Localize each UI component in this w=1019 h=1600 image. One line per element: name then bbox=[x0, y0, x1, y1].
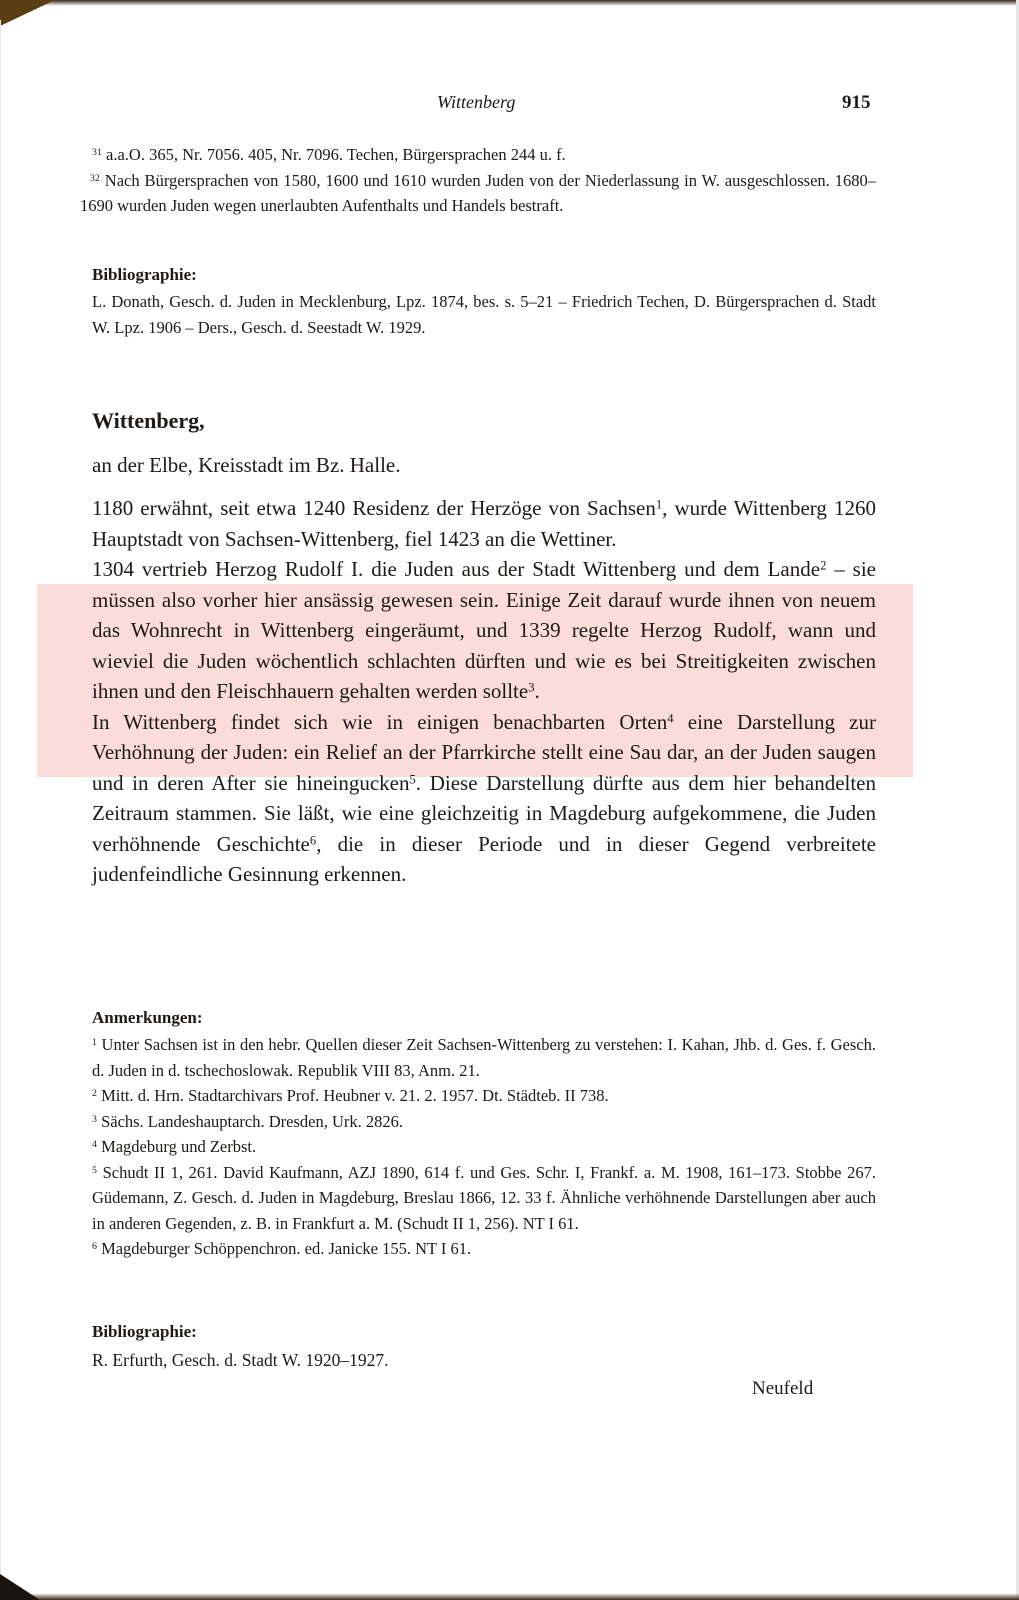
page-number: 915 bbox=[842, 92, 871, 114]
note-text: Schudt II 1, 261. David Kaufmann, AZJ 18… bbox=[92, 1163, 876, 1233]
running-head: Wittenberg 915 bbox=[0, 92, 1019, 118]
note-text: Unter Sachsen ist in den hebr. Quellen d… bbox=[92, 1035, 876, 1080]
running-title: Wittenberg bbox=[437, 92, 515, 113]
article-bibliography: Bibliographie: R. Erfurth, Gesch. d. Sta… bbox=[92, 1322, 876, 1374]
note-5: 5 Schudt II 1, 261. David Kaufmann, AZJ … bbox=[92, 1160, 876, 1237]
note-number: 2 bbox=[92, 1088, 97, 1099]
article-notes: Anmerkungen: 1 Unter Sachsen ist in den … bbox=[92, 1008, 876, 1262]
note-number: 1 bbox=[92, 1037, 97, 1048]
page-edge-bottom bbox=[0, 1594, 1019, 1600]
paragraph-1: 1180 erwähnt, seit etwa 1240 Residenz de… bbox=[92, 493, 876, 554]
paragraph-2-highlighted: 1304 vertrieb Herzog Rudolf I. die Juden… bbox=[92, 554, 876, 707]
author-signature: Neufeld bbox=[752, 1378, 813, 1400]
footnote-text: Nach Bürgersprachen von 1580, 1600 und 1… bbox=[80, 171, 876, 216]
bibliography-text: R. Erfurth, Gesch. d. Stadt W. 1920–1927… bbox=[92, 1348, 876, 1374]
note-6: 6 Magdeburger Schöppenchron. ed. Janicke… bbox=[92, 1236, 876, 1262]
note-number: 3 bbox=[92, 1114, 97, 1125]
footnote-number: 31 bbox=[92, 147, 102, 158]
bibliography-text: L. Donath, Gesch. d. Juden in Mecklenbur… bbox=[92, 289, 876, 340]
previous-bibliography: Bibliographie: L. Donath, Gesch. d. Jude… bbox=[92, 265, 876, 340]
footnote-text: a.a.O. 365, Nr. 7056. 405, Nr. 7096. Tec… bbox=[106, 145, 566, 164]
note-text: Magdeburg und Zerbst. bbox=[101, 1137, 256, 1156]
article-subtitle: an der Elbe, Kreisstadt im Bz. Halle. bbox=[92, 453, 401, 478]
article-body: 1180 erwähnt, seit etwa 1240 Residenz de… bbox=[92, 493, 876, 890]
footnote-31: 31 a.a.O. 365, Nr. 7056. 405, Nr. 7096. … bbox=[92, 142, 876, 168]
page-edge-left bbox=[0, 20, 1, 1580]
footnote-32: 32 Nach Bürgersprachen von 1580, 1600 un… bbox=[80, 168, 876, 219]
note-3: 3 Sächs. Landeshauptarch. Dresden, Urk. … bbox=[92, 1109, 876, 1135]
bibliography-heading: Bibliographie: bbox=[92, 265, 876, 285]
note-text: Magdeburger Schöppenchron. ed. Janicke 1… bbox=[101, 1239, 471, 1258]
note-number: 6 bbox=[92, 1241, 97, 1252]
note-1: 1 Unter Sachsen ist in den hebr. Quellen… bbox=[92, 1032, 876, 1083]
note-2: 2 Mitt. d. Hrn. Stadtarchivars Prof. Heu… bbox=[92, 1083, 876, 1109]
note-4: 4 Magdeburg und Zerbst. bbox=[92, 1134, 876, 1160]
page-corner-bottom-left bbox=[0, 1574, 40, 1600]
bibliography-heading: Bibliographie: bbox=[92, 1322, 876, 1342]
paragraph-text: 1180 erwähnt, seit etwa 1240 Residenz de… bbox=[92, 496, 656, 520]
note-number: 5 bbox=[92, 1165, 97, 1176]
paragraph-text: 1304 vertrieb Herzog Rudolf I. die Juden… bbox=[92, 557, 820, 581]
page-edge-top bbox=[0, 0, 1019, 6]
footnote-number: 32 bbox=[90, 173, 100, 184]
note-text: Sächs. Landeshauptarch. Dresden, Urk. 28… bbox=[101, 1112, 403, 1131]
previous-footnotes: 31 a.a.O. 365, Nr. 7056. 405, Nr. 7096. … bbox=[92, 142, 876, 219]
article-title: Wittenberg, bbox=[92, 408, 205, 434]
notes-list: 1 Unter Sachsen ist in den hebr. Quellen… bbox=[92, 1032, 876, 1262]
notes-heading: Anmerkungen: bbox=[92, 1008, 876, 1028]
note-text: Mitt. d. Hrn. Stadtarchivars Prof. Heubn… bbox=[101, 1086, 609, 1105]
note-number: 4 bbox=[92, 1139, 97, 1150]
paragraph-text: In Wittenberg findet sich wie in einigen… bbox=[92, 710, 667, 734]
page-corner-top-left bbox=[0, 0, 55, 26]
paragraph-text: . bbox=[535, 679, 540, 703]
paragraph-3: In Wittenberg findet sich wie in einigen… bbox=[92, 707, 876, 890]
